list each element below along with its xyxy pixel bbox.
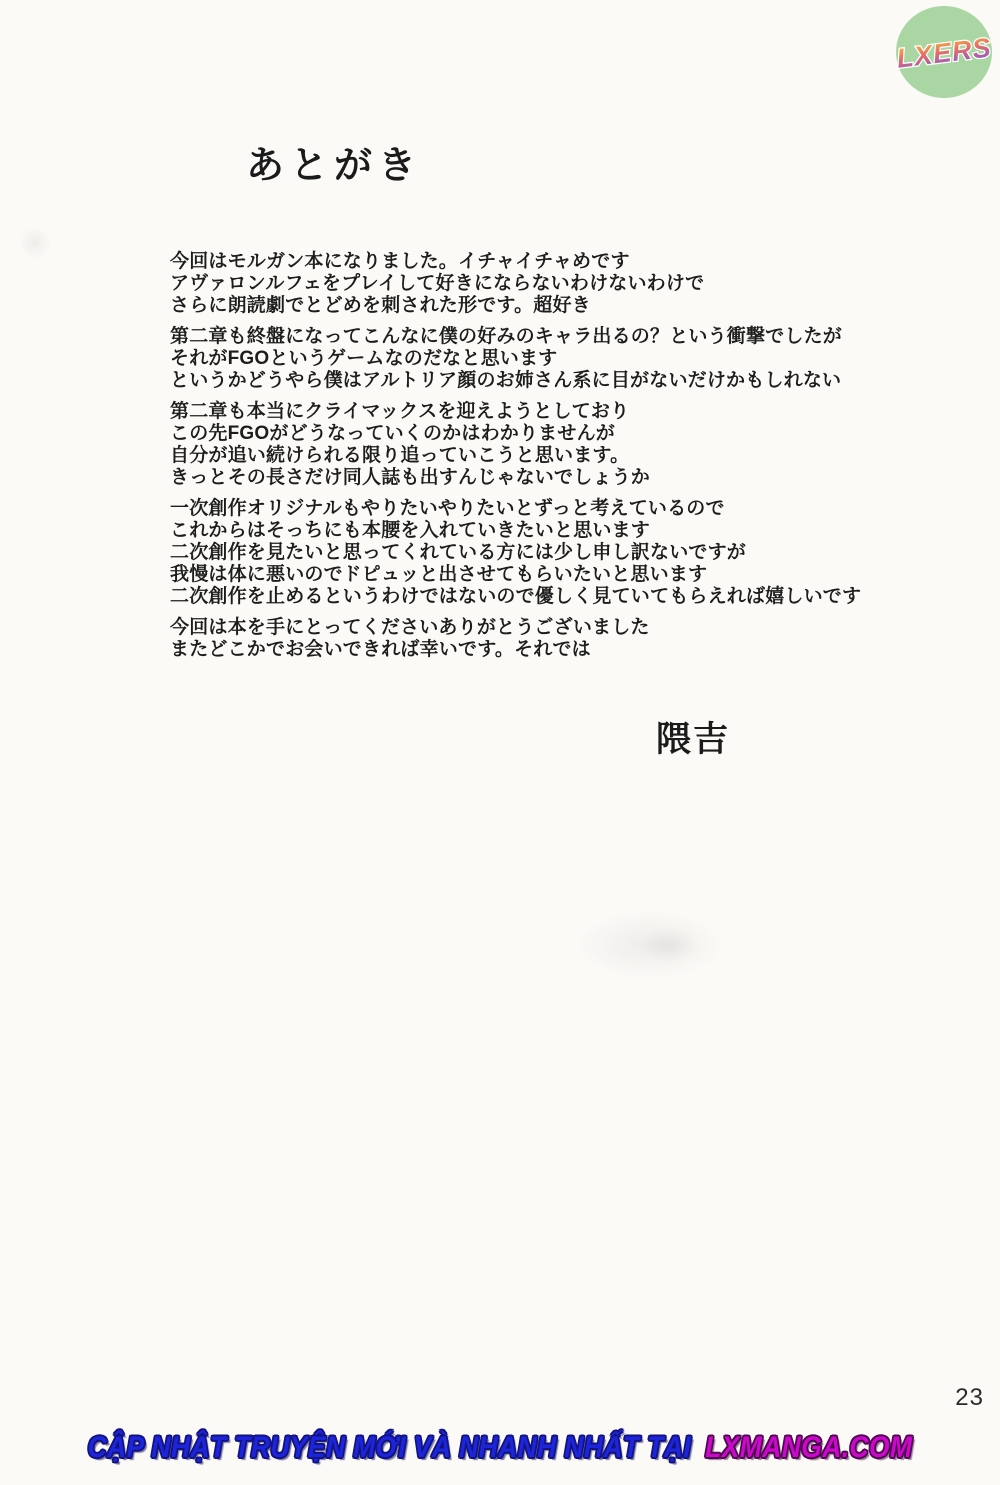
author-signature: 隈吉: [656, 712, 730, 762]
lxers-logo-graphic: LXERS: [896, 6, 992, 98]
page-title: あとがき: [246, 134, 422, 189]
lxers-logo-text: LXERS: [895, 32, 993, 73]
scan-artifact: [640, 925, 700, 965]
page-number: 23: [955, 1384, 984, 1412]
scan-artifact: [18, 228, 52, 258]
afterword-paragraph-2: 第二章も終盤になってこんなに僕の好みのキャラ出るの？という衝撃でしたが それがF…: [170, 326, 910, 392]
banner-text: CẬP NHẬT TRUYỆN MỚI VÀ NHANH NHẤT TẠI: [88, 1431, 692, 1464]
scanned-afterword-page: LXERS あとがき 今回はモルガン本になりました。イチャイチャめです アヴァロ…: [0, 0, 1000, 1485]
lxers-logo: LXERS: [896, 6, 992, 98]
banner-site-url: LXMANGA.COM: [705, 1431, 912, 1464]
afterword-body: 今回はモルガン本になりました。イチャイチャめです アヴァロンルフェをプレイして好…: [170, 251, 910, 670]
afterword-paragraph-4: 一次創作オリジナルもやりたいやりたいとずっと考えているので これからはそっちにも…: [170, 498, 910, 608]
afterword-paragraph-1: 今回はモルガン本になりました。イチャイチャめです アヴァロンルフェをプレイして好…: [170, 251, 910, 317]
afterword-paragraph-3: 第二章も本当にクライマックスを迎えようとしており この先FGOがどうなっていくの…: [170, 401, 910, 489]
afterword-paragraph-5: 今回は本を手にとってくださいありがとうございました またどこかでお会いできれば幸…: [170, 617, 910, 661]
site-banner: CẬP NHẬT TRUYỆN MỚI VÀ NHANH NHẤT TẠILXM…: [60, 1427, 940, 1469]
